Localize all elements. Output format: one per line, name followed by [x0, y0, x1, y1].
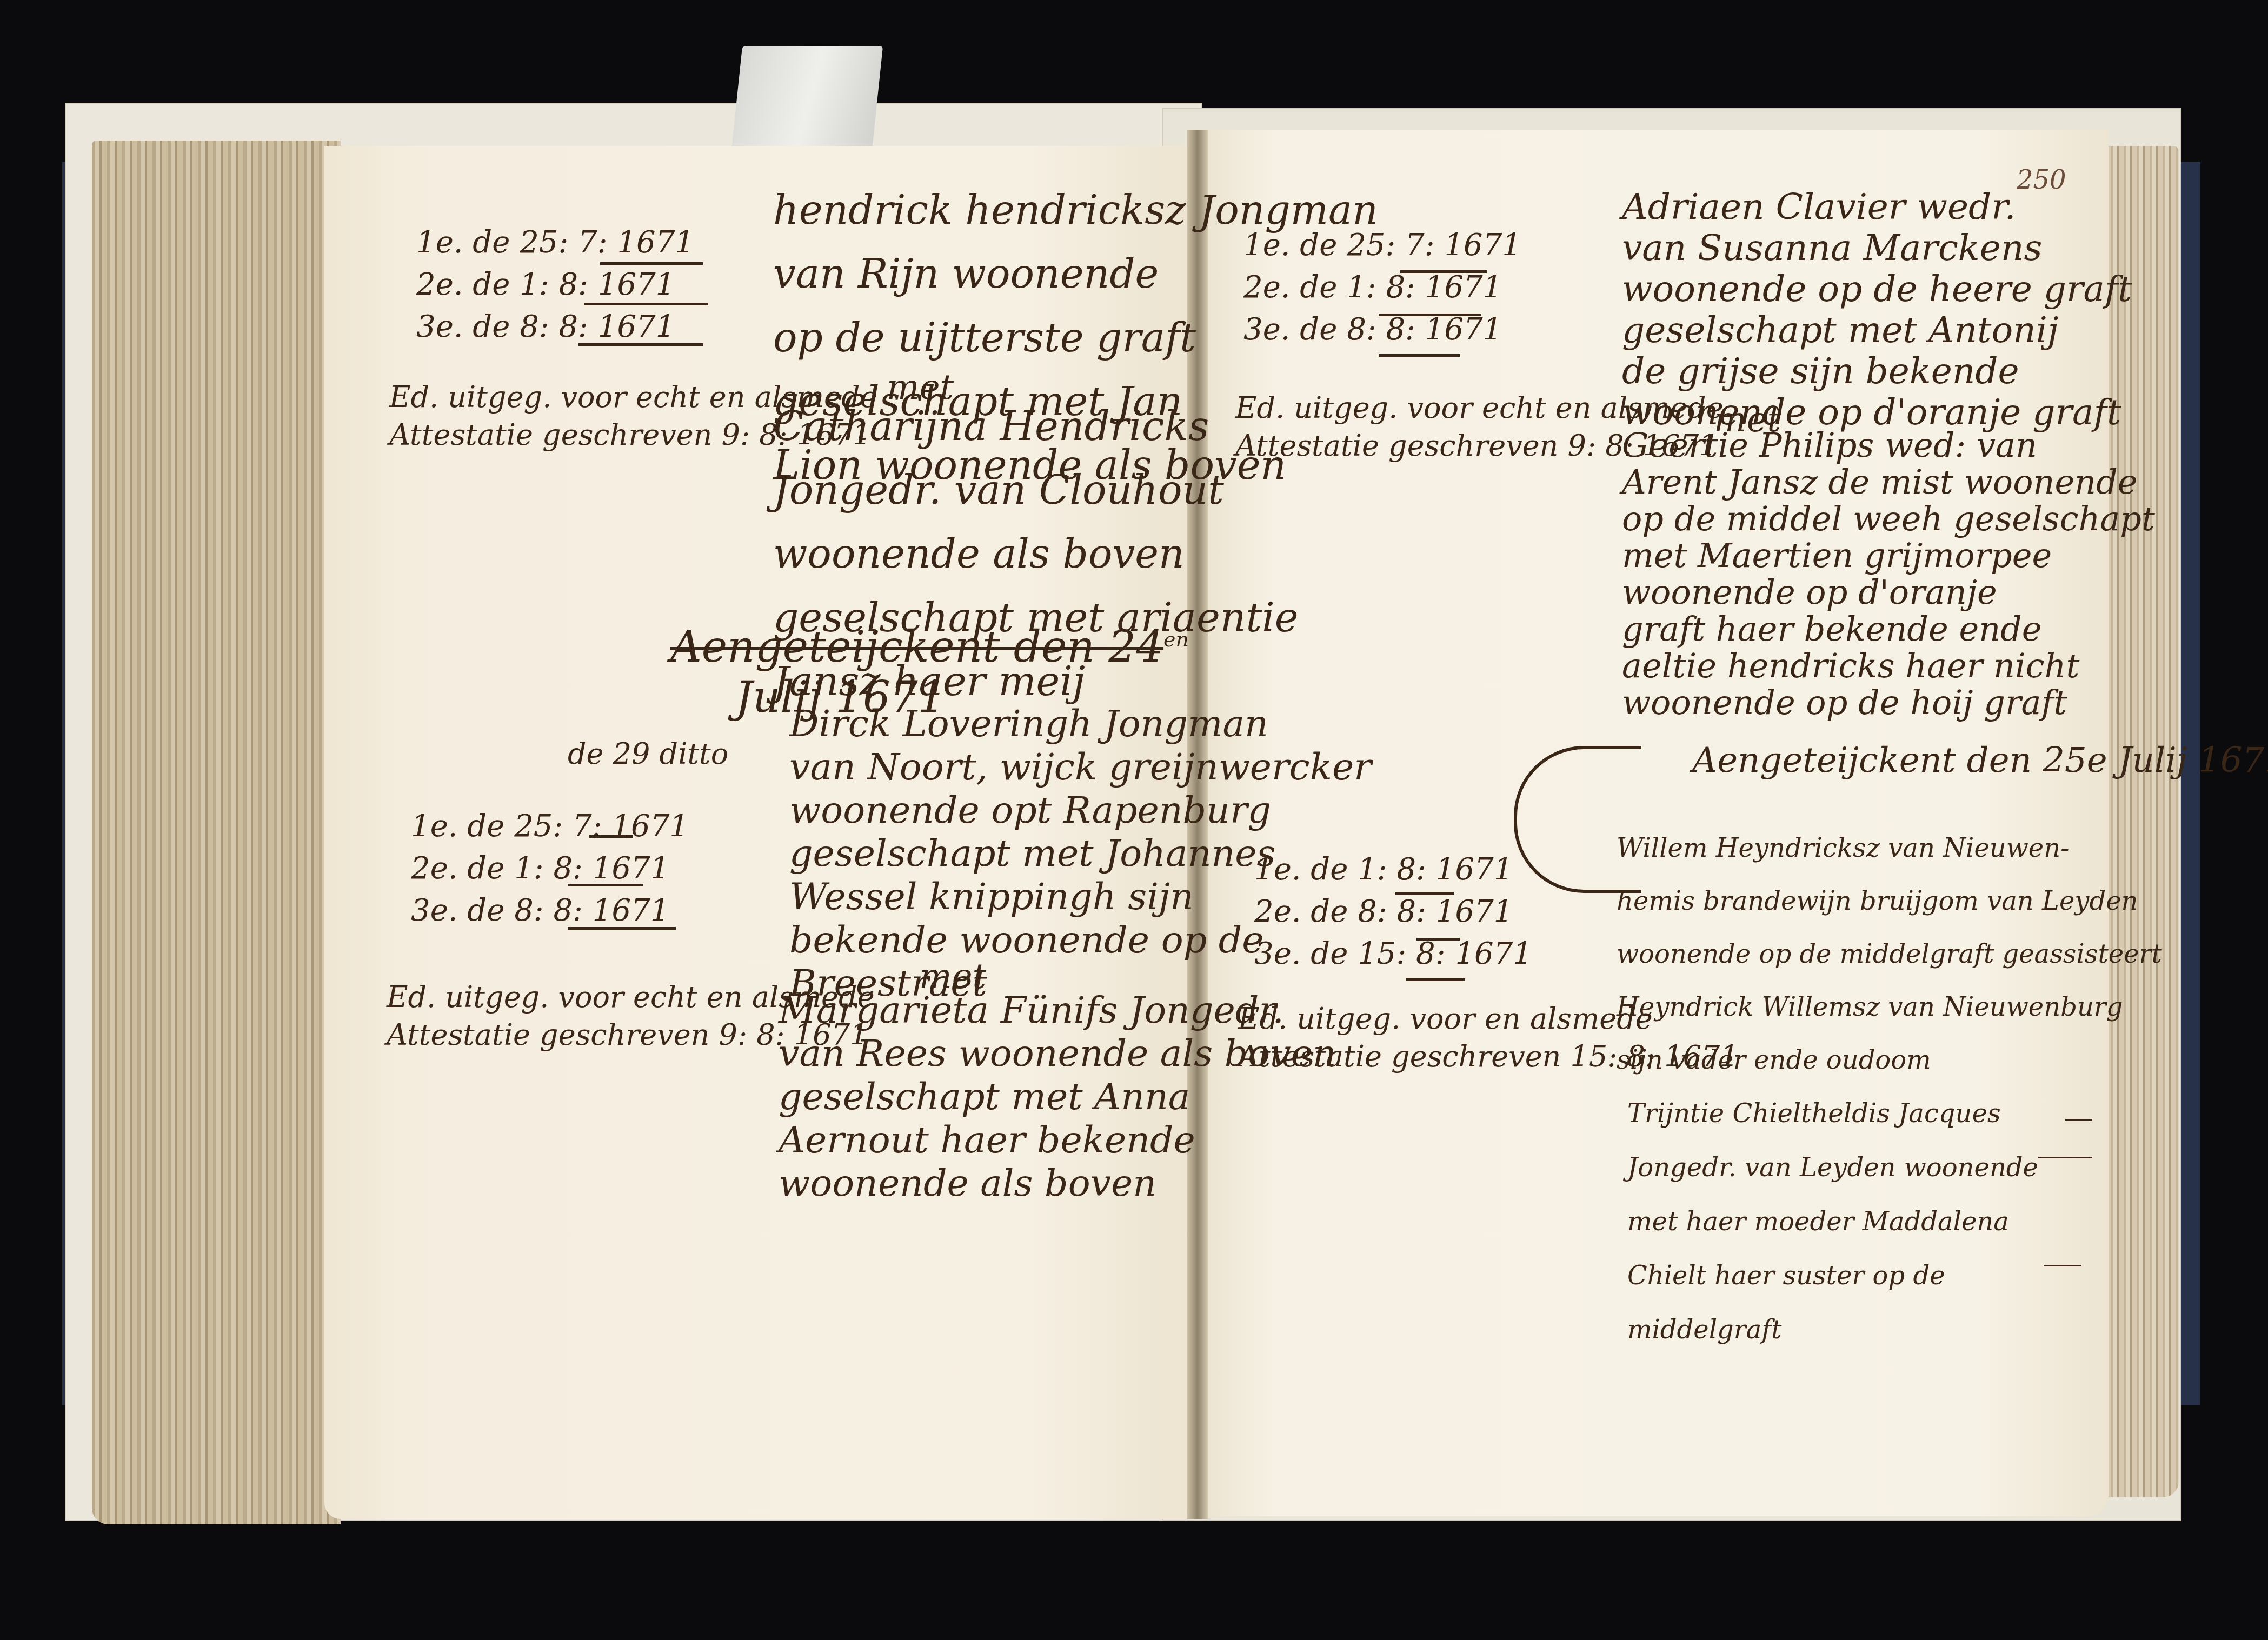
text-line: middelgraft: [1627, 1303, 2038, 1357]
text-line: Heyndrick Willemsz van Nieuwenburg: [1617, 981, 2162, 1034]
text-line: hemis brandewijn bruijgom van Leyden: [1617, 875, 2162, 928]
text-line: Geertie Philips wed: van: [1622, 427, 2155, 464]
date-line: 1e. de 25: 7: 1671: [416, 222, 694, 264]
bracket-line: [2044, 1265, 2081, 1266]
date-line: 3e. de 8: 8: 1671: [411, 890, 689, 932]
text-line: Trijntie Chieltheldis Jacques: [1627, 1086, 2038, 1141]
text-line: graft haer bekende ende: [1622, 611, 2155, 648]
text-line: Willem Heyndricksz van Nieuwen-: [1617, 822, 2162, 875]
underline-mark: [600, 262, 703, 265]
right-entry2-bride: Trijntie Chieltheldis Jacques Jongedr. v…: [1627, 1086, 2038, 1357]
text-line: sijn vader ende oudoom: [1617, 1034, 2162, 1086]
text-line: Jongedr. van Leyden woonende: [1627, 1141, 2038, 1195]
text-line: woonende als boven: [779, 1162, 1336, 1205]
text-line: op de middel weeh geselschapt: [1622, 501, 2155, 537]
date-line: 1e. de 25: 7: 1671: [411, 805, 689, 848]
date-line: 3e. de 8: 8: 1671: [416, 306, 694, 348]
underline-mark: [589, 835, 633, 838]
text-line: Arent Jansz de mist woonende: [1622, 464, 2155, 501]
right-entry2-groom: Willem Heyndricksz van Nieuwen- hemis br…: [1617, 822, 2162, 1086]
left-entry2-dates: 1e. de 25: 7: 1671 2e. de 1: 8: 1671 3e.…: [411, 805, 689, 932]
text-line: aeltie hendricks haer nicht: [1622, 648, 2155, 684]
text-line: met haer moeder Maddalena: [1627, 1195, 2038, 1249]
date-line: 1e. de 25: 7: 1671: [1243, 224, 1521, 266]
text-line: van Susanna Marckens: [1622, 228, 2132, 269]
right-entry2-dates: 1e. de 1: 8: 1671 2e. de 8: 8: 1671 3e. …: [1254, 849, 1532, 975]
page-edges-left: [92, 141, 341, 1524]
right-entry1-bride: Geertie Philips wed: van Arent Jansz de …: [1622, 427, 2155, 721]
date-line: 2e. de 8: 8: 1671: [1254, 891, 1532, 933]
text-line: geselschapt met Antonij: [1622, 310, 2132, 351]
text-line: Jongedr. van Clouhout: [773, 458, 1299, 522]
text-line: Aernout haer bekende: [779, 1119, 1336, 1162]
underline-mark: [578, 343, 703, 346]
text-line: woonende op de heere graft: [1622, 269, 2132, 310]
text-line: geselschapt met Anna: [779, 1076, 1336, 1119]
text-line: woonende op de hoij graft: [1622, 684, 2155, 721]
underline-mark: [1379, 354, 1460, 357]
text-line: woonende als boven: [773, 522, 1299, 586]
date-line: 2e. de 1: 8: 1671: [411, 848, 689, 890]
right-entry1-dates: 1e. de 25: 7: 1671 2e. de 1: 8: 1671 3e.…: [1243, 224, 1521, 351]
text-line: Chielt haer suster op de: [1627, 1249, 2038, 1303]
text-line: van Noort, wijck greijnwercker: [789, 746, 1372, 789]
left-entry2-side-note: de 29 ditto: [568, 735, 728, 773]
underline-mark: [1406, 978, 1465, 981]
text-line: woonende opt Rapenburg: [789, 789, 1372, 832]
date-line: 3e. de 15: 8: 1671: [1254, 933, 1532, 975]
date-line: 1e. de 1: 8: 1671: [1254, 849, 1532, 891]
left-entry1-dates: 1e. de 25: 7: 1671 2e. de 1: 8: 1671 3e.…: [416, 222, 694, 348]
heading-superscript: en: [1163, 628, 1189, 651]
right-section-heading: Aengeteijckent den 25e Julij 1671: [1692, 741, 2268, 781]
date-line: 2e. de 1: 8: 1671: [416, 264, 694, 306]
bracket-line: [2038, 1157, 2092, 1158]
text-line: de grijse sijn bekende: [1622, 351, 2132, 392]
underline-mark: [1379, 314, 1481, 316]
text-line: woonende op de middelgraft geassisteert: [1617, 928, 2162, 981]
text-line: Catharijna Hendricks: [773, 395, 1299, 458]
right-entry1-groom: Adriaen Clavier wedr. van Susanna Marcke…: [1622, 186, 2132, 433]
text-line: Adriaen Clavier wedr.: [1622, 186, 2132, 228]
text-line: Dirck Loveringh Jongman: [789, 703, 1372, 746]
underline-mark: [1416, 938, 1460, 941]
underline-mark: [568, 884, 643, 886]
underline-mark: [1400, 270, 1487, 273]
text-line: met Maertien grijmorpee: [1622, 537, 2155, 574]
text-line: woonende op d'oranje: [1622, 574, 2155, 611]
underline-mark: [1395, 892, 1454, 895]
underline-mark: [568, 927, 676, 930]
bracket-line: [2065, 1119, 2092, 1121]
heading-text: Aengeteijckent den 24: [670, 622, 1163, 672]
underline-mark: [584, 303, 708, 305]
